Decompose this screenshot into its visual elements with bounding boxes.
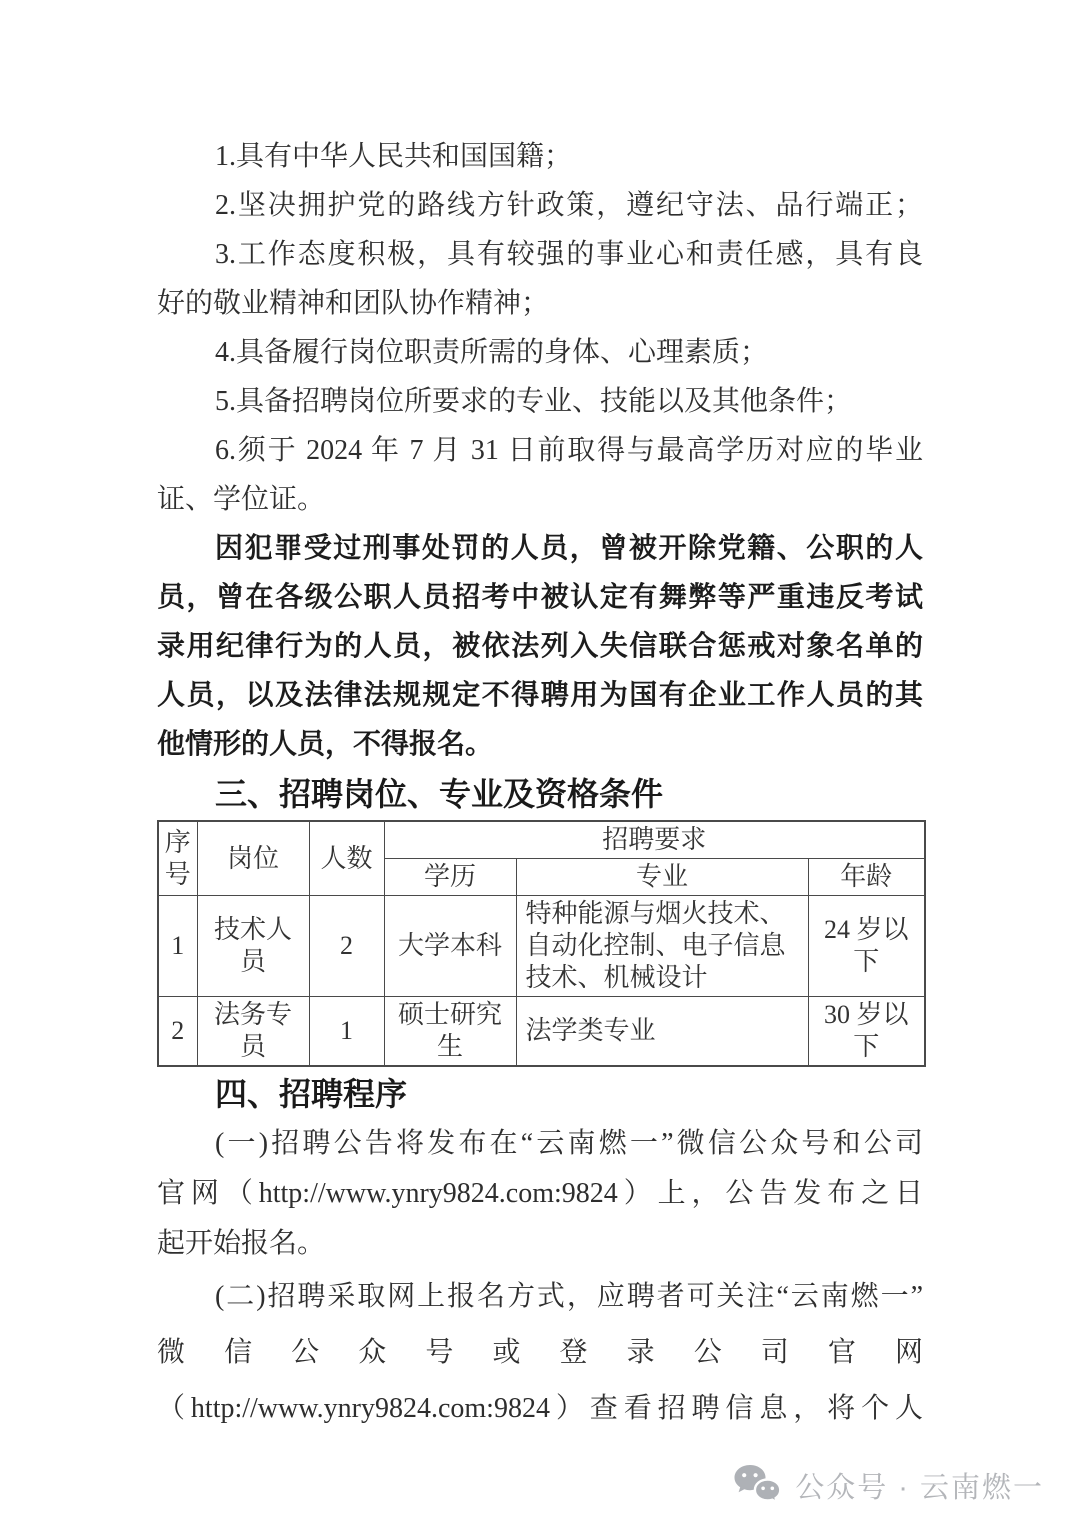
condition-item-6-line-2: 证、学位证。 [157, 475, 923, 524]
page: { "page": { "background": "#ffffff", "te… [0, 0, 1080, 1527]
procedure-2-line-2: 微信公众号或登录公司官网 [157, 1325, 923, 1381]
procedure-paragraph-1: (一)招聘公告将发布在“云南燃一”微信公众号和公司 官网（http://www.… [157, 1119, 923, 1269]
notice-line-5: 他情形的人员，不得报名。 [157, 720, 923, 769]
document-page: 1.具有中华人民共和国国籍； 2.坚决拥护党的路线方针政策，遵纪守法、品行端正；… [157, 0, 923, 1437]
cell-count: 1 [309, 997, 384, 1067]
section-3-heading: 三、招聘岗位、专业及资格条件 [157, 773, 923, 815]
procedure-1-line-3: 起开始报名。 [157, 1219, 923, 1269]
col-header-education: 学历 [384, 859, 516, 896]
table-header-row-1: 序号 岗位 人数 招聘要求 [158, 821, 925, 859]
procedure-2-line-3: （http://www.ynry9824.com:9824）查看招聘信息，将个人 [157, 1381, 923, 1437]
condition-item-3-line-2: 好的敬业精神和团队协作精神； [157, 279, 923, 328]
conditions-list: 1.具有中华人民共和国国籍； 2.坚决拥护党的路线方针政策，遵纪守法、品行端正；… [157, 132, 923, 524]
cell-major: 特种能源与烟火技术、自动化控制、电子信息技术、机械设计 [516, 896, 808, 997]
condition-item-4: 4.具备履行岗位职责所需的身体、心理素质； [157, 328, 923, 377]
notice-line-3: 录用纪律行为的人员，被依法列入失信联合惩戒对象名单的 [157, 622, 923, 671]
procedure-1-line-2: 官网（http://www.ynry9824.com:9824）上，公告发布之日 [157, 1169, 923, 1219]
cell-count: 2 [309, 896, 384, 997]
col-header-requirements: 招聘要求 [384, 821, 925, 859]
notice-line-2: 员，曾在各级公职人员招考中被认定有舞弊等严重违反考试 [157, 573, 923, 622]
col-header-age: 年龄 [808, 859, 925, 896]
wechat-icon [733, 1463, 783, 1507]
notice-line-1: 因犯罪受过刑事处罚的人员，曾被开除党籍、公职的人 [157, 524, 923, 573]
badge-label: 公众号 · 云南燃一 [795, 1465, 1044, 1506]
table-row: 2 法务专员 1 硕士研究生 法学类专业 30 岁以下 [158, 997, 925, 1067]
cell-education: 硕士研究生 [384, 997, 516, 1067]
cell-post: 技术人员 [197, 896, 309, 997]
table-row: 1 技术人员 2 大学本科 特种能源与烟火技术、自动化控制、电子信息技术、机械设… [158, 896, 925, 997]
condition-item-3-line-1: 3.工作态度积极，具有较强的事业心和责任感，具有良 [157, 230, 923, 279]
cell-post: 法务专员 [197, 997, 309, 1067]
section-4-heading: 四、招聘程序 [157, 1073, 923, 1115]
procedure-2-line-1: (二)招聘采取网上报名方式，应聘者可关注“云南燃一” [157, 1269, 923, 1325]
wechat-account-badge[interactable]: 公众号 · 云南燃一 [733, 1462, 1044, 1508]
notice-line-4: 人员，以及法律法规规定不得聘用为国有企业工作人员的其 [157, 671, 923, 720]
cell-age: 30 岁以下 [808, 997, 925, 1067]
col-header-no: 序号 [158, 821, 197, 896]
procedure-1-line-1: (一)招聘公告将发布在“云南燃一”微信公众号和公司 [157, 1119, 923, 1169]
procedure-paragraph-2: (二)招聘采取网上报名方式，应聘者可关注“云南燃一” 微信公众号或登录公司官网 … [157, 1269, 923, 1437]
cell-age: 24 岁以下 [808, 896, 925, 997]
cell-major: 法学类专业 [516, 997, 808, 1067]
col-header-count: 人数 [309, 821, 384, 896]
condition-item-1: 1.具有中华人民共和国国籍； [157, 132, 923, 181]
col-header-major: 专业 [516, 859, 808, 896]
condition-item-5: 5.具备招聘岗位所要求的专业、技能以及其他条件； [157, 377, 923, 426]
condition-item-2: 2.坚决拥护党的路线方针政策，遵纪守法、品行端正； [157, 181, 923, 230]
cell-education: 大学本科 [384, 896, 516, 997]
col-header-post: 岗位 [197, 821, 309, 896]
cell-no: 2 [158, 997, 197, 1067]
condition-item-6-line-1: 6.须于 2024 年 7 月 31 日前取得与最高学历对应的毕业 [157, 426, 923, 475]
recruitment-table: 序号 岗位 人数 招聘要求 学历 专业 年龄 1 技术人员 2 大学本科 特种能… [157, 820, 926, 1067]
disqualification-notice: 因犯罪受过刑事处罚的人员，曾被开除党籍、公职的人 员，曾在各级公职人员招考中被认… [157, 524, 923, 769]
cell-no: 1 [158, 896, 197, 997]
